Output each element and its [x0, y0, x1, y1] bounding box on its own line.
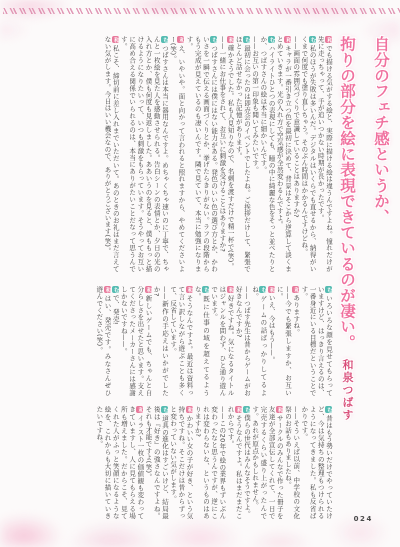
- speaker-chip-izumi: 和: [227, 286, 234, 293]
- segment-text: 昔はもう勢いだけでやっていたけど、今は気持ちの整理もつけられるようになってきまし…: [300, 406, 333, 519]
- headline-line1: 自分のフェチ感というか、: [364, 36, 397, 476]
- segment-text: ——お互いの第一印象も聞いてみたいです。: [251, 36, 259, 173]
- dialogue-segment: 和好きですね。気になるタイトルはジャンルを問わず、ひと通り遊んでいます。: [210, 286, 235, 396]
- dialogue-segment: むで、発売!: [112, 286, 120, 396]
- segment-text: 好きですね。気になるタイトルはジャンルを問わず、ひと通り遊んでいます。: [210, 286, 234, 396]
- segment-text: ——画面の雰囲気づくりで意識していることはありますか?: [292, 36, 300, 218]
- headline-line2: 拘りの部分を絵に表現できているのが凄い。和泉つばす: [330, 36, 364, 476]
- speaker-chip-muri: む: [210, 36, 217, 43]
- segment-text: 僕らの世代はみんなそうですよ。: [243, 415, 251, 518]
- dialogue-segment: ——今でも緊張しますか、お互いに。: [276, 286, 292, 396]
- segment-text: つばすさんには僕にはない能力がある。発色のいい色の選び方とか、かわいさを一瞬で伝…: [186, 36, 219, 272]
- speaker-chip-muri: む: [243, 406, 250, 413]
- dialogue-segment: 和サークルのみんなで作った冊子を友達が全部宣伝してくれて、一日で完売するくらい盛…: [251, 406, 284, 519]
- dialogue-segment: 和キャラが一番引き立つ色を最初に決めて、背景はそこから逆算して淡くまとめていきま…: [276, 36, 292, 272]
- speaker-chip-izumi: 和: [268, 286, 275, 293]
- segment-text: ——この20年で絵の業界もずいぶん変わったなと思うんですが、逆にこれは変わらない…: [194, 406, 227, 519]
- dialogue-segment: 和いえ、今はもう——。: [267, 286, 275, 396]
- speaker-chip-muri: む: [161, 36, 168, 43]
- dialogue-segment: む僕らの世代はみんなそうですよ。: [243, 406, 251, 519]
- segment-text: かわいい女の子が好き、という気持ちですね。そこだけは昔からずっと変わっていない気…: [169, 406, 193, 519]
- page-number: 024: [354, 515, 373, 523]
- speaker-chip-muri: む: [325, 286, 332, 293]
- dialogue-segment: 和ありますね。: [292, 286, 300, 396]
- speaker-chip-izumi: 和: [104, 286, 111, 293]
- dialogue-segment: 和え、いやいや。面と向かって言われると照れますから、やめてくださいよー(笑)。: [169, 36, 185, 272]
- segment-text: ——そういえば以前、中学校の文化祭のお話もありましたね。: [284, 406, 300, 519]
- segment-text: で、発売!: [112, 295, 120, 325]
- dialogue-segment: ——そういえば以前、中学校の文化祭のお話もありましたね。: [284, 406, 300, 519]
- dialogue-segment: 和はい、発売です。みなさんぜひ遊んでください(笑)。: [95, 286, 111, 396]
- dialogue-segment: ——一緒にお仕事をされて、お互いに刺激を受けることはありますか?: [218, 36, 226, 272]
- segment-text: いえ、今はもう——。: [268, 295, 276, 364]
- dialogue-rows: 和でも描ける気がする絵と、実際に描ける絵は違うんですよね。憧れだけが先に走っちゃ…: [50, 36, 333, 519]
- speaker-chip-muri: む: [161, 406, 168, 413]
- segment-text: ——今でも緊張しますか、お互いに。: [276, 286, 292, 396]
- segment-text: え、いやいや。面と向かって言われると照れますから、やめてくださいよー(笑)。: [169, 36, 185, 272]
- dialogue-segment: むつばすさんは本当に器用なんですよ。めちゃくちゃ速いのに丁寧で、ちゃんと一枚絵を…: [120, 36, 169, 272]
- speaker-chip-muri: む: [325, 406, 332, 413]
- segment-text: 確かそうでした。私も人見知りなので、名刺を渡すだけで精一杯で(笑)。: [227, 45, 235, 270]
- segment-text: ——つばす先生は昔からゲームがお好きなんですか?: [235, 286, 251, 396]
- dialogue-segment: む私のほうが失敗は多いんだ。デジタルはいくらでも直せるから、納得がいくまで何度で…: [300, 36, 316, 272]
- speaker-chip-izumi: 和: [136, 406, 143, 413]
- speaker-chip-izumi: 和: [186, 406, 193, 413]
- dialogue-segment: ——画面の雰囲気づくりで意識していることはありますか?: [292, 36, 300, 272]
- speaker-chip-muri: む: [268, 36, 275, 43]
- speaker-chip-izumi: 和: [235, 406, 242, 413]
- segment-text: 既に仕事の域を超えてるような。: [194, 286, 210, 396]
- segment-text: そうなんですよ。私はまだまだこれからです。: [227, 406, 243, 519]
- speaker-chip-izumi: 和: [292, 286, 299, 293]
- headline-line2-text: 拘りの部分を絵に表現できているのが凄い。: [338, 36, 356, 350]
- segment-text: はい、発売です。みなさんぜひ遊んでください(笑)。: [95, 286, 111, 396]
- segment-text: ——新作の手応えはいかがでしたか?: [153, 286, 169, 396]
- dialogue-segment: ——お互いの第一印象も聞いてみたいです。: [251, 36, 259, 272]
- speaker-chip-izumi: 和: [145, 286, 152, 293]
- speaker-chip-izumi: 和: [177, 36, 184, 43]
- dialogue-segment: ——つばす先生は昔からゲームがお好きなんですか?: [235, 286, 251, 396]
- speaker-chip-izumi: 和: [276, 406, 283, 413]
- headline-attribution: 和泉つばす: [331, 359, 364, 422]
- dialogue-segment: 和そうなんですよ。最近は資料って言い訳しながら遊ぶことも多くて、反省しています。: [169, 286, 194, 396]
- segment-text: ——一緒にお仕事をされて、お互いに刺激を受けることはありますか?: [218, 36, 226, 252]
- segment-text: ゲームの話ばっかりしてるよね。: [251, 286, 267, 396]
- dialogue-segment: むゲームの話ばっかりしてるよね。: [251, 286, 267, 396]
- dialogue-segment: 和かわいい女の子が好き、という気持ちですね。そこだけは昔からずっと変わっていない…: [169, 406, 194, 519]
- dialogue-row: む昔はもう勢いだけでやっていたけど、今は気持ちの整理もつけられるようになってきま…: [50, 406, 333, 519]
- speaker-chip-izumi: 和: [186, 286, 193, 293]
- dialogue-segment: むつばすさんには僕にはない能力がある。発色のいい色の選び方とか、かわいさを一瞬で…: [185, 36, 218, 272]
- dialogue-segment: 和イラスト一枚の価値観も変わってきていますし、人に見てもらえる場所も増えました。…: [95, 406, 144, 519]
- segment-text: いろいろな顔を見せてもらっていますけど、はっきり言えるのは、一番身近にいる目標だ…: [300, 286, 333, 396]
- segment-text: つばすさんは本当に器用なんですよ。めちゃくちゃ速いのに丁寧で、ちゃんと一枚絵を見…: [120, 36, 169, 272]
- segment-text: 道具の進化はすごいけど、結局最後は『好き』の強さなんですよね。それも才能ですよ(…: [145, 406, 169, 519]
- segment-text: 最初に会ったのは即売会のイベントでしたよね。ご挨拶だけして、緊張でほとんど話せな…: [235, 36, 251, 272]
- dialogue-segment: む最初に会ったのは即売会のイベントでしたよね。ご挨拶だけして、緊張でほとんど話せ…: [235, 36, 251, 272]
- segment-text: 私のほうが失敗は多いんだ。デジタルはいくらでも直せるから、納得がいくまで何度でも…: [300, 36, 316, 272]
- segment-text: でも描ける気がする絵と、実際に描ける絵は違うんですよね。憧れだけが先に走っちゃっ…: [317, 36, 333, 272]
- dialogue-segment: 和でも描ける気がする絵と、実際に描ける絵は違うんですよね。憧れだけが先に走っちゃ…: [317, 36, 333, 272]
- dialogue-segment: 和そうなんですよ。私はまだまだこれからです。: [226, 406, 242, 519]
- segment-text: サークルのみんなで作った冊子を友達が全部宣伝してくれて、一日で完売するくらい盛り…: [251, 406, 284, 519]
- dialogue-segment: ——この20年で絵の業界もずいぶん変わったなと思うんですが、逆にこれは変わらない…: [194, 406, 227, 519]
- dialogue-segment: 和私こそ、締切前に差し入れまでいただいて。あのときのお礼はまだ言えてない気がしま…: [103, 36, 119, 272]
- segment-text: キャラが一番引き立つ色を最初に決めて、背景はそこから逆算して淡くまとめていきます…: [276, 36, 292, 272]
- segment-text: ハイライトひとつの表現にしても、瞳の中に綺麗な色をそっと並べたりとか、つばすさん…: [259, 36, 275, 272]
- dialogue-segment: む昔はもう勢いだけでやっていたけど、今は気持ちの整理もつけられるようになってきま…: [300, 406, 333, 519]
- dialogue-segment: 和確かそうでした。私も人見知りなので、名刺を渡すだけで精一杯で(笑)。: [226, 36, 234, 272]
- speaker-chip-izumi: 和: [325, 36, 332, 43]
- dialogue-segment: 和新しいゲームでも、ちゃんと自分らしさを出せたと思います。支えてくださったメーカ…: [120, 286, 153, 396]
- segment-text: 私こそ、締切前に差し入れまでいただいて。あのときのお礼はまだ言えてない気がします…: [104, 36, 120, 272]
- dialogue-segment: む既に仕事の域を超えてるような。: [194, 286, 210, 396]
- dialogue-row: むいろいろな顔を見せてもらっていますけど、はっきり言えるのは、一番身近にいる目標…: [50, 286, 333, 396]
- dialogue-segment: むいろいろな顔を見せてもらっていますけど、はっきり言えるのは、一番身近にいる目標…: [300, 286, 333, 396]
- speaker-chip-muri: む: [112, 286, 119, 293]
- speaker-chip-izumi: 和: [227, 36, 234, 43]
- segment-text: そうなんですよ。最近は資料って言い訳しながら遊ぶことも多くて、反省しています。: [169, 286, 193, 396]
- dialogue-row: 和でも描ける気がする絵と、実際に描ける絵は違うんですよね。憧れだけが先に走っちゃ…: [50, 36, 333, 272]
- dialogue-segment: ——新作の手応えはいかがでしたか?: [153, 286, 169, 396]
- dialogue-segment: むハイライトひとつの表現にしても、瞳の中に綺麗な色をそっと並べたりとか、つばすさ…: [259, 36, 275, 272]
- speaker-chip-izumi: 和: [284, 36, 291, 43]
- speaker-chip-muri: む: [202, 286, 209, 293]
- speaker-chip-muri: む: [309, 36, 316, 43]
- speaker-chip-muri: む: [243, 36, 250, 43]
- segment-text: イラスト一枚の価値観も変わってきていますし、人に見てもらえる場所も増えました。だ…: [95, 406, 144, 519]
- speaker-chip-muri: む: [259, 286, 266, 293]
- speaker-chip-izumi: 和: [112, 36, 119, 43]
- magazine-interview-page: 自分のフェチ感というか、 拘りの部分を絵に表現できているのが凄い。和泉つばす 和…: [0, 0, 400, 547]
- segment-text: 新しいゲームでも、ちゃんと自分らしさを出せたと思います。支えてくださったメーカー…: [120, 286, 153, 396]
- dialogue-segment: む道具の進化はすごいけど、結局最後は『好き』の強さなんですよね。それも才能ですよ…: [144, 406, 169, 519]
- stitch-border-decoration: [3, 8, 400, 14]
- headline: 自分のフェチ感というか、 拘りの部分を絵に表現できているのが凄い。和泉つばす: [330, 36, 397, 476]
- segment-text: ありますね。: [292, 295, 300, 336]
